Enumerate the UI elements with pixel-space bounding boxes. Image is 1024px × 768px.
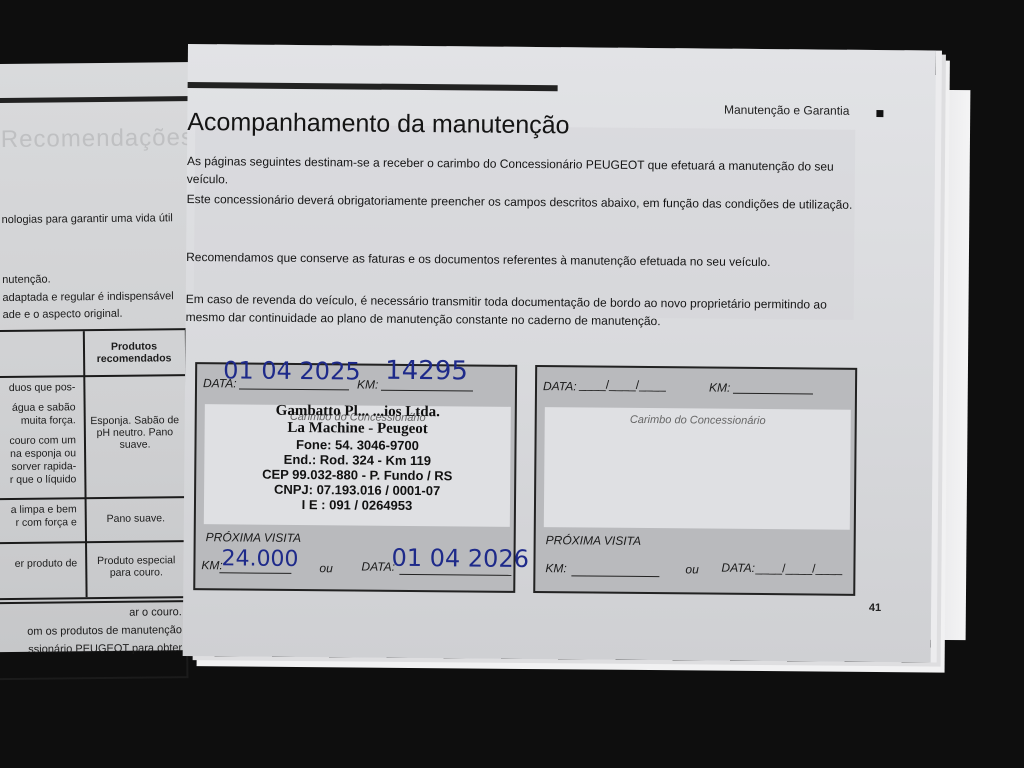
page-title: Acompanhamento da manutenção bbox=[187, 108, 569, 140]
next-km-blank[interactable] bbox=[571, 561, 659, 577]
left-page: Recomendações nologias para garantir uma… bbox=[0, 62, 201, 652]
right-page: Manutenção e Garantia Acompanhamento da … bbox=[183, 44, 936, 663]
left-text-line: nutenção. bbox=[2, 274, 50, 287]
row-product: Pano suave. bbox=[87, 512, 185, 525]
left-text-line: adaptada e regular é indispensável bbox=[2, 290, 173, 304]
care-products-table: Produtos recomendados duos que pos- água… bbox=[0, 328, 190, 600]
or-label: ou bbox=[319, 561, 332, 575]
stamp-caption: Carimbo do Concessionário bbox=[545, 413, 851, 428]
next-visit-label: PRÓXIMA VISITA bbox=[206, 530, 301, 545]
next-date-blank[interactable]: ____/____/____ bbox=[755, 561, 842, 576]
km-label: KM: bbox=[709, 381, 730, 395]
dealer-stamp-area: Carimbo do Concessionário Gambatto Pl...… bbox=[204, 404, 511, 527]
or-label: ou bbox=[685, 562, 698, 576]
table-row: er produto de Produto especial para cour… bbox=[0, 542, 188, 596]
next-km-label: KM: bbox=[545, 561, 566, 575]
maintenance-card-blank: DATA: ____/____/____ KM: Carimbo do Conc… bbox=[533, 365, 857, 596]
left-note-box: ar o couro. om os produtos de manutenção… bbox=[0, 600, 188, 680]
booklet-photo: Recomendações nologias para garantir uma… bbox=[0, 0, 1024, 768]
row-product: Esponja. Sabão de pH neutro. Pano suave. bbox=[86, 414, 184, 451]
dealer-stamp-area: Carimbo do Concessionário bbox=[544, 407, 851, 530]
left-text-line: nologias para garantir uma vida útil bbox=[2, 212, 173, 226]
header-produtos: Produtos recomendados bbox=[85, 340, 183, 365]
row-text: duos que pos- água e sabão muita força. … bbox=[0, 381, 82, 487]
handwritten-km: 14295 bbox=[385, 356, 468, 387]
left-page-rule bbox=[0, 96, 195, 103]
paragraph: Em caso de revenda do veículo, é necessá… bbox=[186, 290, 856, 332]
date-blank[interactable]: ____/____/____ bbox=[579, 377, 666, 392]
left-text-line: ade e o aspecto original. bbox=[3, 308, 123, 321]
row-product: Produto especial para couro. bbox=[87, 554, 185, 579]
page-number: 41 bbox=[869, 602, 881, 614]
handwritten-next-km: 24.000 bbox=[221, 546, 298, 572]
table-header-row: Produtos recomendados bbox=[0, 330, 185, 378]
section-marker-icon bbox=[876, 110, 883, 117]
paragraph: As páginas seguintes destinam-se a receb… bbox=[187, 152, 857, 194]
table-row: a limpa e bem r com força e Pano suave. bbox=[0, 498, 187, 544]
left-ghost-title: Recomendações bbox=[1, 124, 194, 154]
section-label: Manutenção e Garantia bbox=[724, 103, 850, 118]
handwritten-date: 01 04 2025 bbox=[223, 356, 361, 385]
date-label: DATA: bbox=[543, 379, 577, 393]
maintenance-card-filled: DATA: 01 04 2025 KM: 14295 Carimbo do Co… bbox=[193, 362, 517, 593]
table-row: duos que pos- água e sabão muita força. … bbox=[0, 376, 187, 500]
next-date-label: DATA: bbox=[361, 560, 395, 574]
dealer-stamp: Gambatto Pl... ...ios Ltda. La Machine -… bbox=[204, 402, 511, 514]
km-blank[interactable] bbox=[733, 379, 813, 395]
handwritten-next-date: 01 04 2026 bbox=[391, 544, 529, 573]
km-label: KM: bbox=[357, 377, 378, 391]
header-rule bbox=[188, 82, 558, 91]
next-visit-label: PRÓXIMA VISITA bbox=[546, 533, 641, 548]
next-date-label: DATA: bbox=[721, 561, 755, 575]
